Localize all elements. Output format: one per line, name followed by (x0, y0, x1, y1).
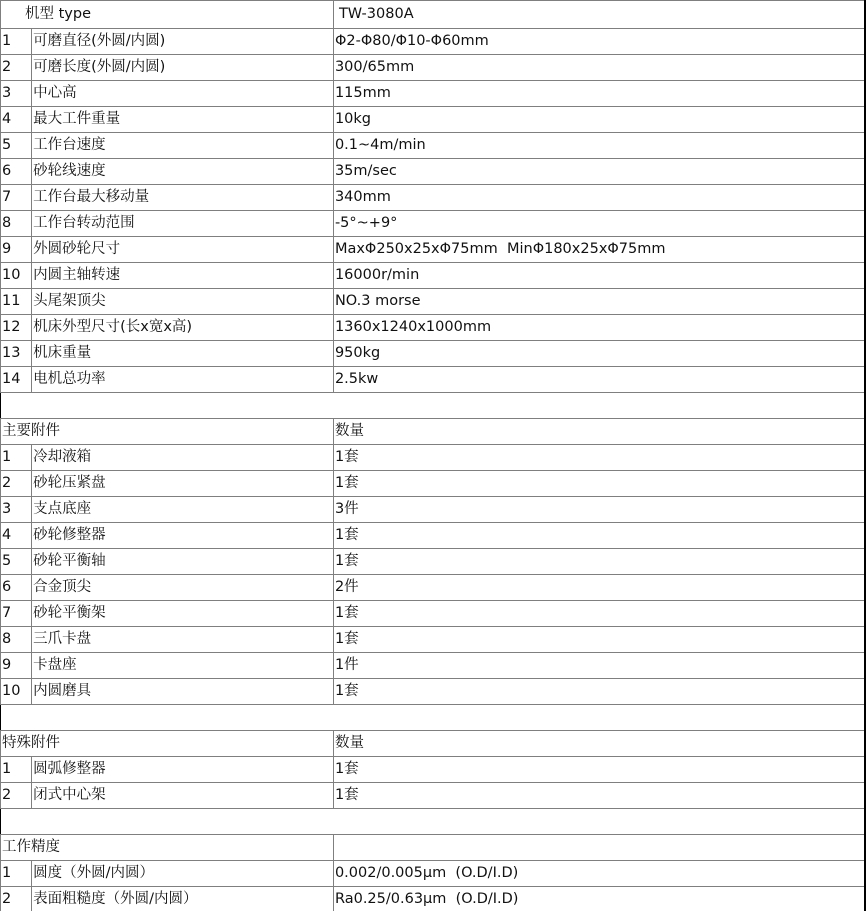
spec-name: 最大工件重量 (32, 107, 334, 133)
row-number: 8 (1, 211, 32, 237)
accessory-qty: 1件 (333, 653, 865, 679)
spec-value: 2.5kw (333, 367, 865, 393)
section-title: 特殊附件 (1, 731, 334, 757)
spec-row: 13机床重量950kg (1, 341, 866, 367)
row-number: 13 (1, 341, 32, 367)
accessory-name: 冷却液箱 (32, 445, 334, 471)
accessory-row: 4砂轮修整器1套 (1, 523, 866, 549)
spec-value: 950kg (333, 341, 865, 367)
accessory-qty: 1套 (333, 783, 865, 809)
row-number: 7 (1, 185, 32, 211)
accessory-name: 卡盘座 (32, 653, 334, 679)
precision-name: 表面粗糙度（外圆/内圆） (32, 887, 334, 911)
section-title: 主要附件 (1, 419, 334, 445)
row-number: 3 (1, 497, 32, 523)
spec-row: 6砂轮线速度35m/sec (1, 159, 866, 185)
spec-row: 9外圆砂轮尺寸MaxΦ250x25xΦ75mm MinΦ180x25xΦ75mm (1, 237, 866, 263)
row-number: 4 (1, 107, 32, 133)
row-number: 10 (1, 679, 32, 705)
precision-row: 2表面粗糙度（外圆/内圆）Ra0.25/0.63μm (O.D/I.D) (1, 887, 866, 911)
accessory-row: 1圆弧修整器1套 (1, 757, 866, 783)
spec-name: 电机总功率 (32, 367, 334, 393)
accessory-qty: 1套 (333, 627, 865, 653)
spec-row: 10内圆主轴转速16000r/min (1, 263, 866, 289)
spec-row: 14电机总功率2.5kw (1, 367, 866, 393)
spec-row: 8工作台转动范围-5°~+9° (1, 211, 866, 237)
row-number: 9 (1, 237, 32, 263)
spec-row: 3中心高115mm (1, 81, 866, 107)
model-type-label: 机型 type (1, 1, 334, 29)
spec-value: 10kg (333, 107, 865, 133)
section-header-main-accessories: 主要附件 数量 (1, 419, 866, 445)
row-number: 14 (1, 367, 32, 393)
row-number: 12 (1, 315, 32, 341)
spec-row: 11头尾架顶尖NO.3 morse (1, 289, 866, 315)
accessory-qty: 1套 (333, 471, 865, 497)
spec-name: 工作台转动范围 (32, 211, 334, 237)
spec-name: 外圆砂轮尺寸 (32, 237, 334, 263)
qty-header: 数量 (333, 419, 865, 445)
row-number: 1 (1, 861, 32, 887)
section-header-precision: 工作精度 (1, 835, 866, 861)
spec-value: 35m/sec (333, 159, 865, 185)
section-header-special-accessories: 特殊附件 数量 (1, 731, 866, 757)
spacer-row (1, 809, 866, 835)
accessory-row: 8三爪卡盘1套 (1, 627, 866, 653)
spec-row: 4最大工件重量10kg (1, 107, 866, 133)
spec-table: 机型 type TW-3080A 1可磨直径(外圆/内圆)Φ2-Φ80/Φ10-… (0, 0, 866, 911)
spec-name: 中心高 (32, 81, 334, 107)
accessory-row: 2闭式中心架1套 (1, 783, 866, 809)
accessory-qty: 1套 (333, 445, 865, 471)
accessory-qty: 1套 (333, 679, 865, 705)
spec-row: 12机床外型尺寸(长x宽x高)1360x1240x1000mm (1, 315, 866, 341)
accessory-name: 三爪卡盘 (32, 627, 334, 653)
accessory-name: 支点底座 (32, 497, 334, 523)
accessory-name: 合金顶尖 (32, 575, 334, 601)
spec-name: 可磨直径(外圆/内圆) (32, 29, 334, 55)
row-number: 9 (1, 653, 32, 679)
accessory-qty: 1套 (333, 757, 865, 783)
spec-row: 1可磨直径(外圆/内圆)Φ2-Φ80/Φ10-Φ60mm (1, 29, 866, 55)
precision-name: 圆度（外圆/内圆） (32, 861, 334, 887)
spec-row: 2可磨长度(外圆/内圆)300/65mm (1, 55, 866, 81)
accessory-qty: 1套 (333, 601, 865, 627)
accessory-name: 砂轮平衡架 (32, 601, 334, 627)
spec-row: 5工作台速度0.1~4m/min (1, 133, 866, 159)
accessory-name: 闭式中心架 (32, 783, 334, 809)
spec-value: Φ2-Φ80/Φ10-Φ60mm (333, 29, 865, 55)
spec-name: 工作台速度 (32, 133, 334, 159)
row-number: 4 (1, 523, 32, 549)
section-title: 工作精度 (1, 835, 334, 861)
spec-value: 340mm (333, 185, 865, 211)
accessory-name: 砂轮修整器 (32, 523, 334, 549)
spacer-row (1, 705, 866, 731)
row-number: 5 (1, 133, 32, 159)
row-number: 11 (1, 289, 32, 315)
spec-name: 可磨长度(外圆/内圆) (32, 55, 334, 81)
row-number: 7 (1, 601, 32, 627)
spec-name: 机床外型尺寸(长x宽x高) (32, 315, 334, 341)
row-number: 2 (1, 783, 32, 809)
accessory-qty: 3件 (333, 497, 865, 523)
accessory-row: 3支点底座3件 (1, 497, 866, 523)
spec-value: 0.1~4m/min (333, 133, 865, 159)
value-header (333, 835, 865, 861)
accessory-name: 内圆磨具 (32, 679, 334, 705)
model-number: TW-3080A (333, 1, 865, 29)
spec-value: 1360x1240x1000mm (333, 315, 865, 341)
spec-name: 内圆主轴转速 (32, 263, 334, 289)
spec-name: 机床重量 (32, 341, 334, 367)
row-number: 6 (1, 159, 32, 185)
accessory-name: 圆弧修整器 (32, 757, 334, 783)
row-number: 10 (1, 263, 32, 289)
row-number: 2 (1, 55, 32, 81)
precision-value: Ra0.25/0.63μm (O.D/I.D) (333, 887, 865, 911)
row-number: 2 (1, 887, 32, 911)
accessory-row: 7砂轮平衡架1套 (1, 601, 866, 627)
spec-name: 头尾架顶尖 (32, 289, 334, 315)
accessory-row: 5砂轮平衡轴1套 (1, 549, 866, 575)
row-number: 6 (1, 575, 32, 601)
row-number: 1 (1, 445, 32, 471)
accessory-row: 1冷却液箱1套 (1, 445, 866, 471)
row-number: 1 (1, 757, 32, 783)
row-number: 3 (1, 81, 32, 107)
row-number: 2 (1, 471, 32, 497)
accessory-row: 9卡盘座1件 (1, 653, 866, 679)
precision-row: 1圆度（外圆/内圆）0.002/0.005μm (O.D/I.D) (1, 861, 866, 887)
accessory-row: 6合金顶尖2件 (1, 575, 866, 601)
accessory-qty: 1套 (333, 549, 865, 575)
spacer-row (1, 393, 866, 419)
spec-row: 7工作台最大移动量340mm (1, 185, 866, 211)
accessory-qty: 1套 (333, 523, 865, 549)
qty-header: 数量 (333, 731, 865, 757)
accessory-name: 砂轮压紧盘 (32, 471, 334, 497)
spec-value: NO.3 morse (333, 289, 865, 315)
accessory-row: 10内圆磨具1套 (1, 679, 866, 705)
spec-value: 16000r/min (333, 263, 865, 289)
spec-value: -5°~+9° (333, 211, 865, 237)
accessory-row: 2砂轮压紧盘1套 (1, 471, 866, 497)
spec-value: MaxΦ250x25xΦ75mm MinΦ180x25xΦ75mm (333, 237, 865, 263)
row-number: 8 (1, 627, 32, 653)
spec-value: 115mm (333, 81, 865, 107)
spec-name: 砂轮线速度 (32, 159, 334, 185)
spec-name: 工作台最大移动量 (32, 185, 334, 211)
accessory-name: 砂轮平衡轴 (32, 549, 334, 575)
spec-value: 300/65mm (333, 55, 865, 81)
row-number: 1 (1, 29, 32, 55)
header-row: 机型 type TW-3080A (1, 1, 866, 29)
accessory-qty: 2件 (333, 575, 865, 601)
precision-value: 0.002/0.005μm (O.D/I.D) (333, 861, 865, 887)
row-number: 5 (1, 549, 32, 575)
